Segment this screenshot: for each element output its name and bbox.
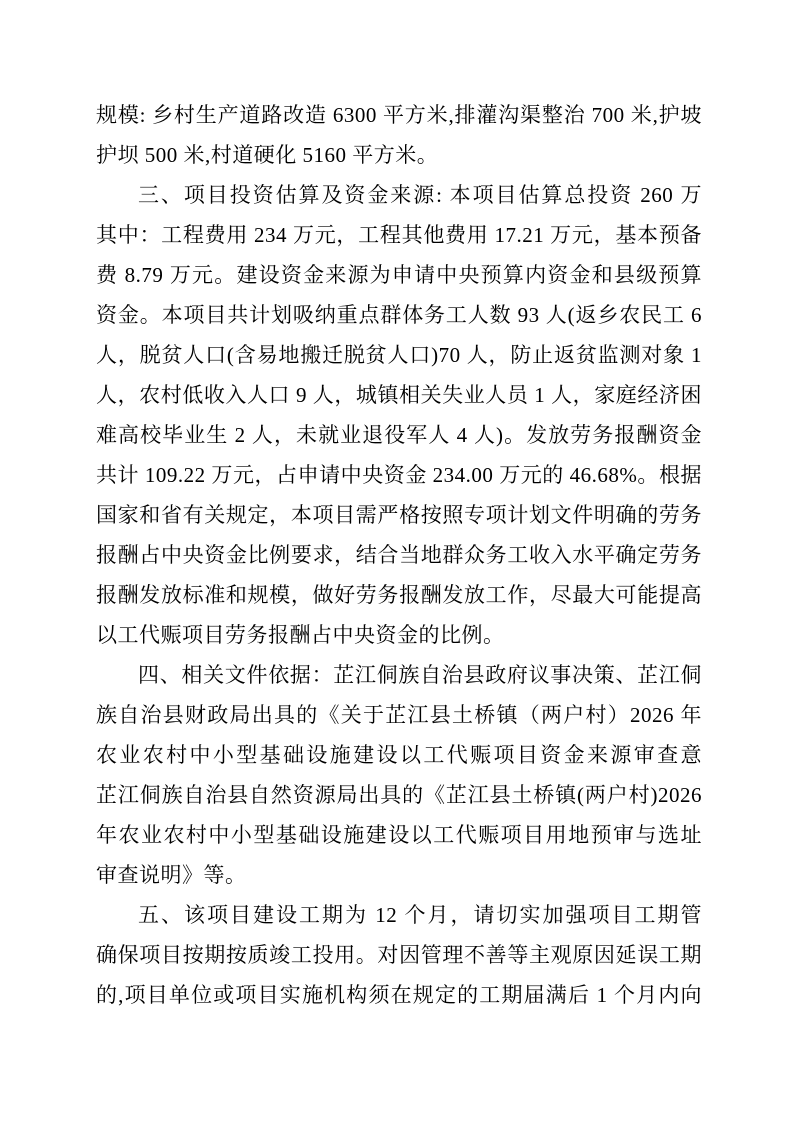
text-line: 四、相关文件依据：芷江侗族自治县政府议事决策、芷江侗	[96, 655, 702, 695]
document-page: 规模: 乡村生产道路改造 6300 平方米,排灌沟渠整治 700 米,护坡 护坝…	[0, 0, 793, 1122]
text-line: 五、该项目建设工期为 12 个月，请切实加强项目工期管理，	[96, 895, 702, 935]
text-line: 人，农村低收入人口 9 人，城镇相关失业人员 1 人，家庭经济困	[96, 375, 702, 415]
text-line: 报酬占中央资金比例要求，结合当地群众务工收入水平确定劳务	[96, 535, 702, 575]
text-line: 族自治县财政局出具的《关于芷江县土桥镇（两户村）2026 年	[96, 695, 702, 735]
text-line: 确保项目按期按质竣工投用。对因管理不善等主观原因延误工期	[96, 935, 702, 975]
text-line: 护坝 500 米,村道硬化 5160 平方米。	[96, 135, 702, 175]
text-line: 资金。本项目共计划吸纳重点群体务工人数 93 人(返乡农民工 6	[96, 295, 702, 335]
text-line: 其中：工程费用 234 万元，工程其他费用 17.21 万元，基本预备	[96, 215, 702, 255]
text-line: 审查说明》等。	[96, 855, 702, 895]
document-body: 规模: 乡村生产道路改造 6300 平方米,排灌沟渠整治 700 米,护坡 护坝…	[96, 95, 702, 1015]
text-line: 人，脱贫人口(含易地搬迁脱贫人口)70 人，防止返贫监测对象 1	[96, 335, 702, 375]
text-line: 年农业农村中小型基础设施建设以工代赈项目用地预审与选址	[96, 815, 702, 855]
text-line: 的,项目单位或项目实施机构须在规定的工期届满后 1 个月内向	[96, 975, 702, 1015]
text-line: 报酬发放标准和规模，做好劳务报酬发放工作，尽最大可能提高	[96, 575, 702, 615]
text-line: 三、项目投资估算及资金来源: 本项目估算总投资 260 万元，	[96, 175, 702, 215]
text-line: 共计 109.22 万元，占申请中央资金 234.00 万元的 46.68%。根…	[96, 455, 702, 495]
text-line: 规模: 乡村生产道路改造 6300 平方米,排灌沟渠整治 700 米,护坡	[96, 95, 702, 135]
text-line: 难高校毕业生 2 人，未就业退役军人 4 人)。发放劳务报酬资金	[96, 415, 702, 455]
text-line: 农业农村中小型基础设施建设以工代赈项目资金来源审查意见》、	[96, 735, 702, 775]
text-line: 以工代赈项目劳务报酬占中央资金的比例。	[96, 615, 702, 655]
text-line: 芷江侗族自治县自然资源局出具的《芷江县土桥镇(两户村)2026	[96, 775, 702, 815]
text-line: 国家和省有关规定，本项目需严格按照专项计划文件明确的劳务	[96, 495, 702, 535]
text-line: 费 8.79 万元。建设资金来源为申请中央预算内资金和县级预算	[96, 255, 702, 295]
